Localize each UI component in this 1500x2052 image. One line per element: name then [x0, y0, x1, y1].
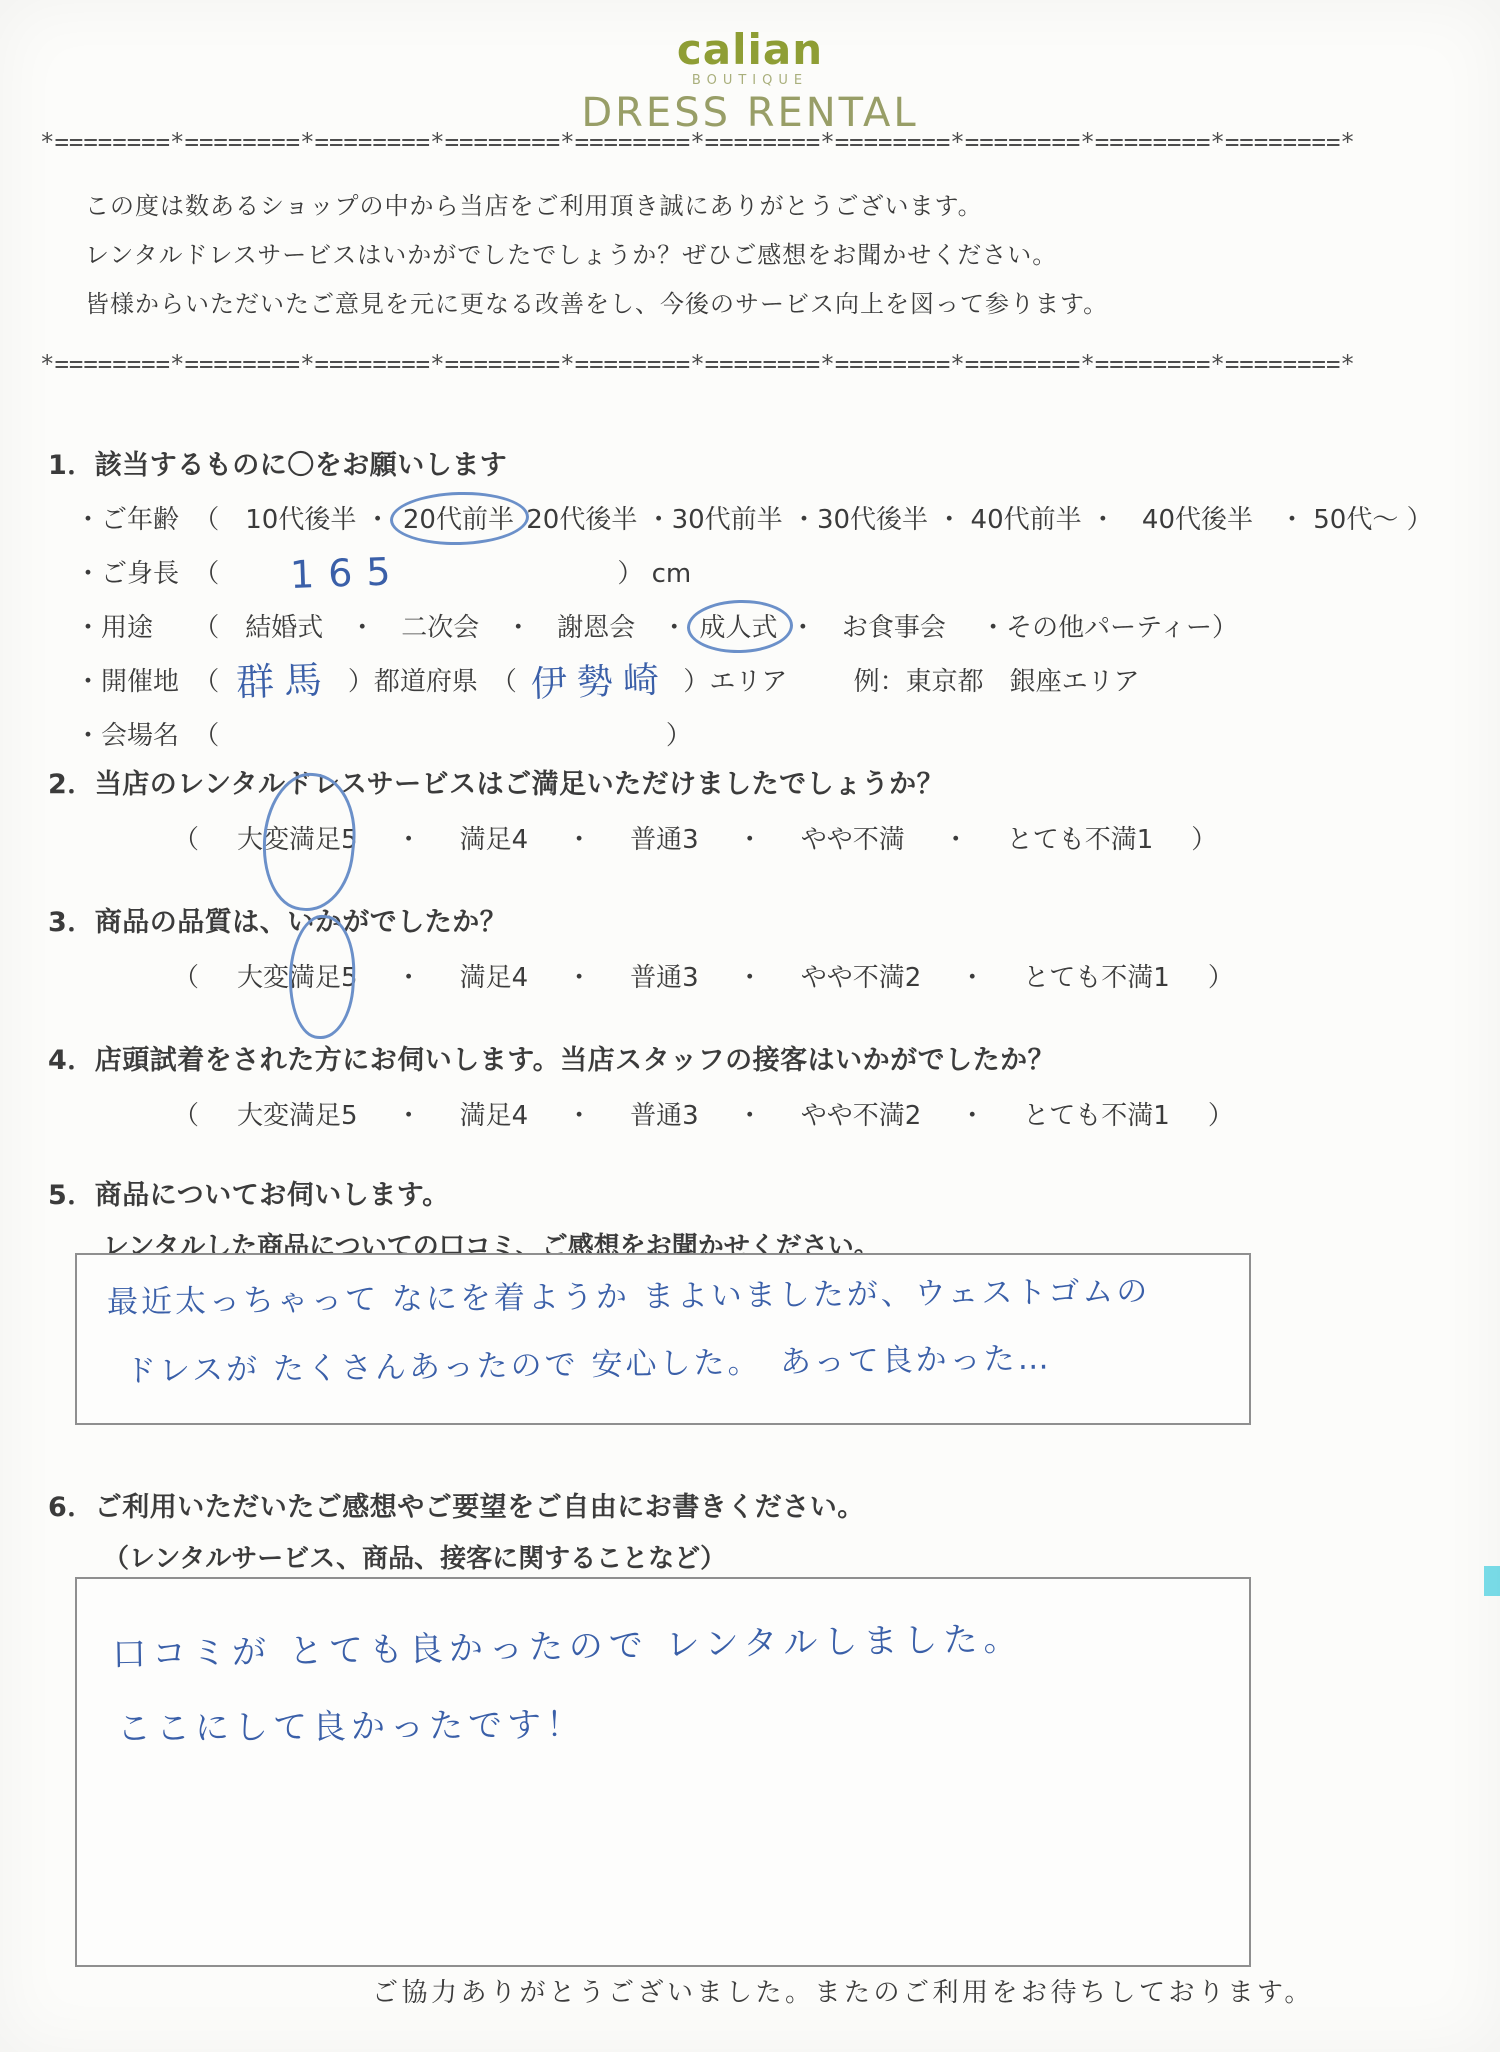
purpose-label: ・用途 — [75, 607, 185, 644]
q3-option-neutral: 普通3 — [630, 957, 699, 994]
handwritten-prefecture: 群馬 — [235, 666, 332, 695]
question-1-title: 1．該当するものに〇をお願いします — [48, 443, 1433, 482]
separator-dot: ・ — [737, 1095, 763, 1132]
open-paren: （ — [193, 721, 219, 751]
intro-line-2: レンタルドレスサービスはいかがでしたでしょうか？ぜひご感想をお聞かせください。 — [85, 231, 1108, 280]
question-2-title: 2．当店のレンタルドレスサービスはご満足いただけましたでしょうか？ — [48, 762, 1217, 801]
place-example: 例：東京都 銀座エリア — [854, 667, 1140, 697]
brand-logo: calian — [0, 26, 1500, 73]
close-paren: ） — [1191, 819, 1217, 856]
age-label: ・ご年齢 — [75, 499, 185, 536]
open-paren: （ — [193, 559, 219, 589]
handwritten-feedback-line-1: 口コミが とても良かったので レンタルしました。 — [112, 1611, 1024, 1676]
close-paren: ） — [666, 721, 692, 751]
separator-dot: ・ — [737, 819, 763, 856]
question-3: 3．商品の品質は、いかがでしたか？ （ 大変満足5 ・ 満足4 ・ 普通3 ・ … — [48, 900, 1234, 994]
height-row: ・ご身長 （ 165 ） cm — [75, 553, 1433, 590]
q5-comment-box: 最近太っちゃって なにを着ようか まよいましたが、ウェストゴムの ドレスが たく… — [75, 1253, 1251, 1425]
intro-paragraph: この度は数あるショップの中から当店をご利用頂き誠にありがとうございます。 レンタ… — [85, 182, 1108, 329]
scanned-survey-page: calian BOUTIQUE DRESS RENTAL *========*=… — [0, 0, 1500, 2052]
question-1: 1．該当するものに〇をお願いします ・ご年齢 （ 10代後半 ・ 20代前半 2… — [48, 443, 1433, 752]
separator-dot: ・ — [566, 819, 592, 856]
question-2: 2．当店のレンタルドレスサービスはご満足いただけましたでしょうか？ （ 大変満足… — [48, 762, 1217, 856]
separator-dot: ・ — [959, 1095, 985, 1132]
question-6: 6．ご利用いただいたご感想やご要望をご自由にお書きください。 （レンタルサービス… — [48, 1485, 865, 1575]
intro-line-3: 皆様からいただいたご意見を元に更なる改善をし、今後のサービス向上を図って参ります… — [85, 280, 1108, 329]
place-mid-text: ）都道府県 （ — [348, 667, 517, 697]
q4-option-satisfied: 満足4 — [460, 1095, 529, 1132]
open-paren: （ — [173, 819, 199, 856]
q2-option-very-satisfied: 大変満足5 — [237, 819, 358, 856]
footer-thanks: ご協力ありがとうございました。またのご利用をお待ちしております。 — [372, 1972, 1314, 2009]
q2-option-very-dissatisfied: とても不満1 — [1007, 819, 1154, 856]
separator-dot: ・ — [943, 819, 969, 856]
place-close-text: ）エリア — [683, 667, 787, 697]
pen-circle-age: 20代前半 — [399, 499, 518, 536]
height-label: ・ご身長 — [75, 553, 185, 590]
handwritten-height-value: 165 — [289, 558, 404, 588]
purpose-options-post: ・ お食事会 ・その他パーティー） — [790, 613, 1238, 643]
q2-option-dissatisfied: やや不満 — [801, 819, 905, 856]
question-3-title: 3．商品の品質は、いかがでしたか？ — [48, 900, 1234, 939]
q4-option-neutral: 普通3 — [630, 1095, 699, 1132]
open-paren: （ — [193, 667, 219, 697]
handwritten-area: 伊勢崎 — [531, 668, 670, 699]
q3-option-very-satisfied: 大変満足5 — [237, 957, 358, 994]
q2-option-neutral: 普通3 — [630, 819, 699, 856]
purpose-options-pre: （ 結婚式 ・ 二次会 ・ 謝恩会 ・ — [193, 613, 687, 643]
q4-option-dissatisfied: やや不満2 — [801, 1095, 922, 1132]
age-option-circled: 20代前半 — [403, 505, 514, 535]
question-6-title: 6．ご利用いただいたご感想やご要望をご自由にお書きください。 — [48, 1485, 865, 1524]
age-options-post: 20代後半 ・30代前半 ・30代後半 ・ 40代前半 ・ 40代後半 ・ 50… — [526, 505, 1432, 535]
separator-dot: ・ — [566, 1095, 592, 1132]
q2-options-row: （ 大変満足5 ・ 満足4 ・ 普通3 ・ やや不満 ・ とても不満1 ） — [173, 819, 1217, 856]
handwritten-feedback-line-2: ここにして良かったです！ — [117, 1697, 585, 1750]
q2-option-1-label: 大変満足5 — [237, 825, 358, 855]
divider-bottom: *========*========*========*========*===… — [40, 350, 1440, 378]
close-paren-cm: ） cm — [617, 559, 691, 589]
separator-dot: ・ — [959, 957, 985, 994]
scan-artifact-cyan — [1484, 1566, 1500, 1596]
close-paren: ） — [1208, 957, 1234, 994]
intro-line-1: この度は数あるショップの中から当店をご利用頂き誠にありがとうございます。 — [85, 182, 1108, 231]
q3-option-1-label: 大変満足5 — [237, 963, 358, 993]
separator-dot: ・ — [396, 1095, 422, 1132]
question-4-title: 4．店頭試着をされた方にお伺いします。当店スタッフの接客はいかがでしたか？ — [48, 1038, 1234, 1077]
question-6-subtitle: （レンタルサービス、商品、接客に関することなど） — [103, 1538, 865, 1575]
q2-option-satisfied: 満足4 — [460, 819, 529, 856]
divider-top: *========*========*========*========*===… — [40, 128, 1440, 156]
q4-option-very-satisfied: 大変満足5 — [237, 1095, 358, 1132]
age-row: ・ご年齢 （ 10代後半 ・ 20代前半 20代後半 ・30代前半 ・30代後半… — [75, 499, 1433, 536]
q3-option-satisfied: 満足4 — [460, 957, 529, 994]
q3-options-row: （ 大変満足5 ・ 満足4 ・ 普通3 ・ やや不満2 ・ とても不満1 ） — [173, 957, 1234, 994]
place-label: ・開催地 — [75, 661, 185, 698]
open-paren: （ — [173, 1095, 199, 1132]
open-paren: （ — [173, 957, 199, 994]
purpose-option-circled: 成人式 — [700, 613, 778, 643]
q4-options-row: （ 大変満足5 ・ 満足4 ・ 普通3 ・ やや不満2 ・ とても不満1 ） — [173, 1095, 1234, 1132]
separator-dot: ・ — [396, 819, 422, 856]
brand-subtitle: BOUTIQUE — [0, 74, 1500, 89]
separator-dot: ・ — [566, 957, 592, 994]
question-5: 5．商品についてお伺いします。 レンタルした商品についての口コミ、ご感想をお聞か… — [48, 1173, 880, 1263]
handwritten-review-line-2: ドレスが たくさんあったので 安心した。 あって良かった… — [125, 1333, 1052, 1391]
q3-option-dissatisfied: やや不満2 — [801, 957, 922, 994]
brand-header: calian BOUTIQUE DRESS RENTAL — [0, 26, 1500, 135]
place-row: ・開催地 （ 群馬 ）都道府県 （ 伊勢崎 ）エリア 例：東京都 銀座エリア — [75, 661, 1433, 698]
q6-comment-box: 口コミが とても良かったので レンタルしました。 ここにして良かったです！ — [75, 1577, 1251, 1967]
q4-option-very-dissatisfied: とても不満1 — [1023, 1095, 1170, 1132]
purpose-row: ・用途 （ 結婚式 ・ 二次会 ・ 謝恩会 ・ 成人式 ・ お食事会 ・その他パ… — [75, 607, 1433, 644]
venue-row: ・会場名 （ ） — [75, 715, 1433, 752]
separator-dot: ・ — [737, 957, 763, 994]
close-paren: ） — [1208, 1095, 1234, 1132]
age-options-pre: （ 10代後半 ・ — [193, 505, 390, 535]
q3-option-very-dissatisfied: とても不満1 — [1023, 957, 1170, 994]
venue-label: ・会場名 — [75, 715, 185, 752]
handwritten-review-line-1: 最近太っちゃって なにを着ようか まよいましたが、ウェストゴムの — [107, 1266, 1151, 1322]
separator-dot: ・ — [396, 957, 422, 994]
pen-circle-purpose: 成人式 — [696, 607, 782, 644]
question-5-title: 5．商品についてお伺いします。 — [48, 1173, 880, 1212]
question-4: 4．店頭試着をされた方にお伺いします。当店スタッフの接客はいかがでしたか？ （ … — [48, 1038, 1234, 1132]
